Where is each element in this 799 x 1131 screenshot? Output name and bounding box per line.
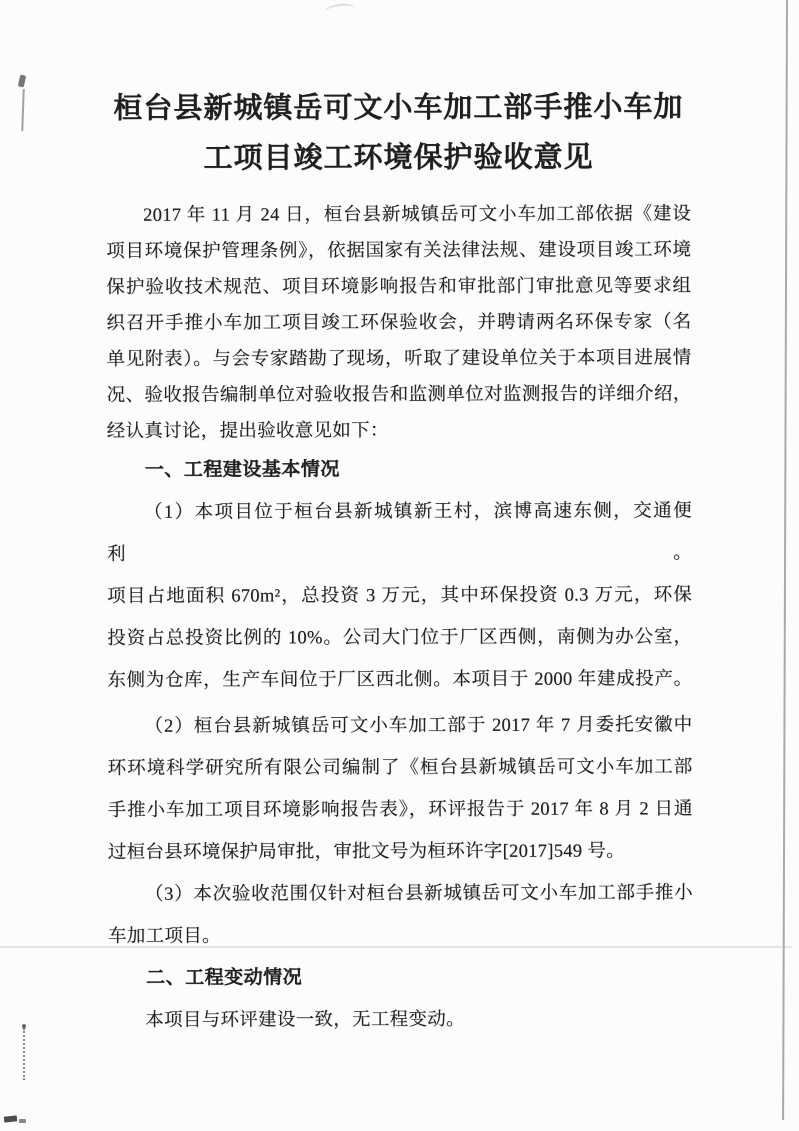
text-line: 保护验收技术规范、项目环境影响报告和审批部门审批意见等要求组 — [106, 268, 691, 306]
text-line: 况、验收报告编制单位对验收报告和监测单位对监测报告的详细介绍， — [107, 376, 692, 414]
left-margin-mark — [21, 89, 24, 131]
text-line: 过桓台县环境保护局审批，审批文号为桓环许字[2017]549 号。 — [108, 830, 693, 874]
section-1-paragraph-2: （2）桓台县新城镇岳可文小车加工部于 2017 年 7 月委托安徽中 环环境科学… — [107, 704, 692, 874]
section-2-heading: 二、工程变动情况 — [108, 956, 693, 1000]
text-line: 环环境科学研究所有限公司编制了《桓台县新城镇岳可文小车加工部 — [107, 746, 692, 790]
bottom-left-ink-blot — [4, 1115, 18, 1122]
text-line: 车加工项目。 — [108, 914, 693, 958]
text-line: 项目占地面积 670m²，总投资 3 万元，其中环保投资 0.3 万元，环保 — [107, 574, 692, 618]
text-line: （3）本次验收范围仅针对桓台县新城镇岳可文小车加工部手推小 — [108, 872, 693, 916]
text-line: 投资占总投资比例的 10%。公司大门位于厂区西侧，南侧为办公室， — [107, 616, 692, 660]
text-line: 织召开手推小车加工项目竣工环保验收会，并聘请两名环保专家（名 — [106, 304, 691, 342]
bottom-left-dotted-mark — [23, 1028, 25, 1080]
text-line: （2）桓台县新城镇岳可文小车加工部于 2017 年 7 月委托安徽中 — [107, 704, 692, 748]
text-line: 单见附表）。与会专家踏勘了现场，听取了建设单位关于本项目进展情 — [106, 340, 691, 378]
text-line: 手推小车加工项目环境影响报告表》，环评报告于 2017 年 8 月 2 日通 — [108, 788, 693, 832]
text-line: 项目环境保护管理条例》，依据国家有关法律法规、建设项目竣工环境 — [106, 232, 691, 270]
document-title: 桓台县新城镇岳可文小车加工部手推小车加 工项目竣工环境保护验收意见 — [106, 82, 691, 184]
text-line: 2017 年 11 月 24 日，桓台县新城镇岳可文小车加工部依据《建设 — [106, 196, 691, 234]
section-2-paragraph-1: 本项目与环评建设一致，无工程变动。 — [108, 998, 693, 1042]
top-edge-mark — [324, 2, 355, 18]
horizontal-scan-streak — [0, 946, 792, 948]
text-line: 本项目与环评建设一致，无工程变动。 — [108, 998, 693, 1042]
title-line-2: 工项目竣工环境保护验收意见 — [106, 132, 691, 184]
section-1-paragraph-3: （3）本次验收范围仅针对桓台县新城镇岳可文小车加工部手推小 车加工项目。 — [108, 872, 693, 958]
intro-paragraph: 2017 年 11 月 24 日，桓台县新城镇岳可文小车加工部依据《建设 项目环… — [106, 196, 692, 450]
title-line-1: 桓台县新城镇岳可文小车加工部手推小车加 — [106, 82, 691, 134]
section-1-heading: 一、工程建设基本情况 — [107, 448, 692, 492]
text-line: 经认真讨论，提出验收意见如下： — [107, 412, 692, 450]
bottom-left-ink-blot — [19, 1119, 26, 1123]
page-edge-scan-line — [782, 0, 788, 1120]
text-line: （1）本项目位于桓台县新城镇新王村，滨博高速东侧，交通便利。 — [107, 490, 692, 576]
left-margin-mark — [18, 75, 26, 88]
section-1-paragraph-1: （1）本项目位于桓台县新城镇新王村，滨博高速东侧，交通便利。 项目占地面积 67… — [107, 490, 693, 702]
scanned-document-page: 桓台县新城镇岳可文小车加工部手推小车加 工项目竣工环境保护验收意见 2017 年… — [0, 0, 799, 1131]
text-line: 东侧为仓库，生产车间位于厂区西北侧。本项目于 2000 年建成投产。 — [107, 658, 692, 702]
document-content: 桓台县新城镇岳可文小车加工部手推小车加 工项目竣工环境保护验收意见 2017 年… — [106, 82, 694, 1042]
